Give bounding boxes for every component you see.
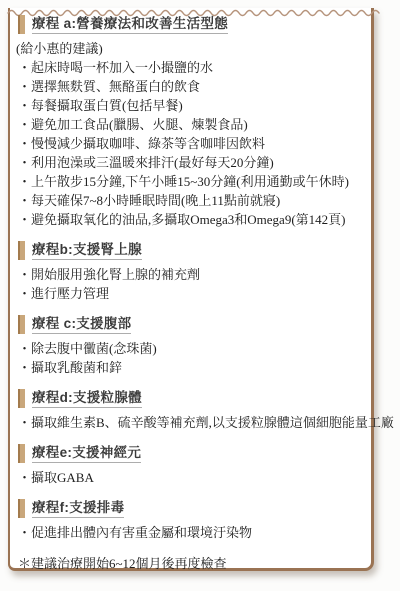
bullet-dot: ・ — [18, 358, 31, 377]
section-b: 療程b:支援腎上腺 ・開始服用強化腎上腺的補充劑 ・進行壓力管理 — [18, 240, 367, 303]
section-c: 療程 c:支援腹部 ・除去腹中黴菌(念珠菌) ・攝取乳酸菌和鋅 — [18, 314, 367, 377]
section-header: 療程f:支援排毒 — [18, 498, 367, 518]
section-header: 療程b:支援腎上腺 — [18, 240, 367, 260]
item-list: ・攝取GABA — [18, 468, 367, 487]
item-list: ・除去腹中黴菌(念珠菌) ・攝取乳酸菌和鋅 — [18, 339, 367, 377]
item-text: 開始服用強化腎上腺的補充劑 — [31, 267, 200, 282]
bullet-dot: ・ — [18, 191, 31, 210]
bullet-dot: ・ — [18, 96, 31, 115]
item-text: 避免攝取氧化的油品,多攝取Omega3和Omega9(第142頁) — [31, 212, 346, 227]
bullet-dot: ・ — [18, 413, 31, 432]
bullet-dot: ・ — [18, 210, 31, 229]
bullet-dot: ・ — [18, 77, 31, 96]
bullet-dot: ・ — [18, 339, 31, 358]
item-text: 攝取維生素B、硫辛酸等補充劑,以支援粒腺體這個細胞能量工廠 — [31, 415, 394, 430]
item-text: 進行壓力管理 — [31, 286, 109, 301]
item-text: 攝取乳酸菌和鋅 — [31, 360, 122, 375]
bullet-dot: ・ — [18, 134, 31, 153]
list-item: ・每天確保7~8小時睡眠時間(晚上11點前就寢) — [18, 191, 367, 210]
bullet-dot: ・ — [18, 523, 31, 542]
list-item: ・攝取維生素B、硫辛酸等補充劑,以支援粒腺體這個細胞能量工廠 — [18, 413, 367, 432]
section-f: 療程f:支援排毒 ・促進排出體內有害重金屬和環境汙染物 — [18, 498, 367, 542]
item-text: 選擇無麩質、無酪蛋白的飲食 — [31, 79, 200, 94]
item-list: ・開始服用強化腎上腺的補充劑 ・進行壓力管理 — [18, 265, 367, 303]
list-item: ・每餐攝取蛋白質(包括早餐) — [18, 96, 367, 115]
screenshot-stage: 療程 a:營養療法和改善生活型態 (給小惠的建議) ・起床時喝一杯加入一小撮鹽的… — [0, 0, 400, 591]
section-header: 療程e:支援神經元 — [18, 443, 367, 463]
item-list: ・促進排出體內有害重金屬和環境汙染物 — [18, 523, 367, 542]
section-marker-bar — [18, 15, 25, 34]
section-title: 療程 a:營養療法和改善生活型態 — [32, 14, 228, 34]
item-text: 上午散步15分鐘,下午小睡15~30分鐘(利用通勤或午休時) — [31, 174, 349, 189]
section-marker-bar — [18, 241, 25, 260]
item-list: ・起床時喝一杯加入一小撮鹽的水 ・選擇無麩質、無酪蛋白的飲食 ・每餐攝取蛋白質(… — [18, 58, 367, 229]
list-item: ・進行壓力管理 — [18, 284, 367, 303]
page-content: 療程 a:營養療法和改善生活型態 (給小惠的建議) ・起床時喝一杯加入一小撮鹽的… — [18, 14, 367, 586]
bullet-dot: ・ — [18, 284, 31, 303]
item-text: 促進排出體內有害重金屬和環境汙染物 — [31, 525, 252, 540]
item-text: 每天確保7~8小時睡眠時間(晚上11點前就寢) — [31, 193, 280, 208]
item-text: 除去腹中黴菌(念珠菌) — [31, 341, 157, 356]
list-item: ・上午散步15分鐘,下午小睡15~30分鐘(利用通勤或午休時) — [18, 172, 367, 191]
section-title: 療程b:支援腎上腺 — [32, 240, 142, 260]
section-title: 療程d:支援粒腺體 — [32, 388, 142, 408]
bullet-dot: ・ — [18, 153, 31, 172]
list-item: ・避免加工食品(臘腸、火腿、煉製食品) — [18, 115, 367, 134]
list-item: ・選擇無麩質、無酪蛋白的飲食 — [18, 77, 367, 96]
list-item: ・避免攝取氧化的油品,多攝取Omega3和Omega9(第142頁) — [18, 210, 367, 229]
section-e: 療程e:支援神經元 ・攝取GABA — [18, 443, 367, 487]
section-marker-bar — [18, 315, 25, 334]
section-marker-bar — [18, 499, 25, 518]
book-page: 療程 a:營養療法和改善生活型態 (給小惠的建議) ・起床時喝一杯加入一小撮鹽的… — [8, 8, 374, 571]
item-text: 攝取GABA — [31, 470, 94, 485]
list-item: ・除去腹中黴菌(念珠菌) — [18, 339, 367, 358]
bullet-dot: ・ — [18, 172, 31, 191]
item-text: 利用泡澡或三溫暖來排汗(最好每天20分鐘) — [31, 155, 274, 170]
item-text: 慢慢減少攝取咖啡、綠茶等含咖啡因飲料 — [31, 136, 265, 151]
list-item: ・起床時喝一杯加入一小撮鹽的水 — [18, 58, 367, 77]
section-header: 療程d:支援粒腺體 — [18, 388, 367, 408]
section-a: 療程 a:營養療法和改善生活型態 (給小惠的建議) ・起床時喝一杯加入一小撮鹽的… — [18, 14, 367, 229]
section-header: 療程 c:支援腹部 — [18, 314, 367, 334]
footnote: ＊建議治療開始6~12個月後再度檢查 — [18, 554, 367, 573]
bullet-dot: ・ — [18, 265, 31, 284]
item-text: 避免加工食品(臘腸、火腿、煉製食品) — [31, 117, 248, 132]
section-title: 療程 c:支援腹部 — [32, 314, 131, 334]
section-title: 療程e:支援神經元 — [32, 443, 141, 463]
list-item: ・促進排出體內有害重金屬和環境汙染物 — [18, 523, 367, 542]
item-text: 每餐攝取蛋白質(包括早餐) — [31, 98, 183, 113]
section-marker-bar — [18, 389, 25, 408]
bullet-dot: ・ — [18, 115, 31, 134]
section-marker-bar — [18, 444, 25, 463]
section-title: 療程f:支援排毒 — [32, 498, 124, 518]
section-header: 療程 a:營養療法和改善生活型態 — [18, 14, 367, 34]
bullet-dot: ・ — [18, 468, 31, 487]
list-item: ・慢慢減少攝取咖啡、綠茶等含咖啡因飲料 — [18, 134, 367, 153]
item-text: 起床時喝一杯加入一小撮鹽的水 — [31, 60, 213, 75]
section-d: 療程d:支援粒腺體 ・攝取維生素B、硫辛酸等補充劑,以支援粒腺體這個細胞能量工廠 — [18, 388, 367, 432]
bullet-dot: ・ — [18, 58, 31, 77]
list-item: ・利用泡澡或三溫暖來排汗(最好每天20分鐘) — [18, 153, 367, 172]
list-item: ・攝取GABA — [18, 468, 367, 487]
section-intro: (給小惠的建議) — [16, 39, 367, 58]
item-list: ・攝取維生素B、硫辛酸等補充劑,以支援粒腺體這個細胞能量工廠 — [18, 413, 367, 432]
list-item: ・攝取乳酸菌和鋅 — [18, 358, 367, 377]
list-item: ・開始服用強化腎上腺的補充劑 — [18, 265, 367, 284]
